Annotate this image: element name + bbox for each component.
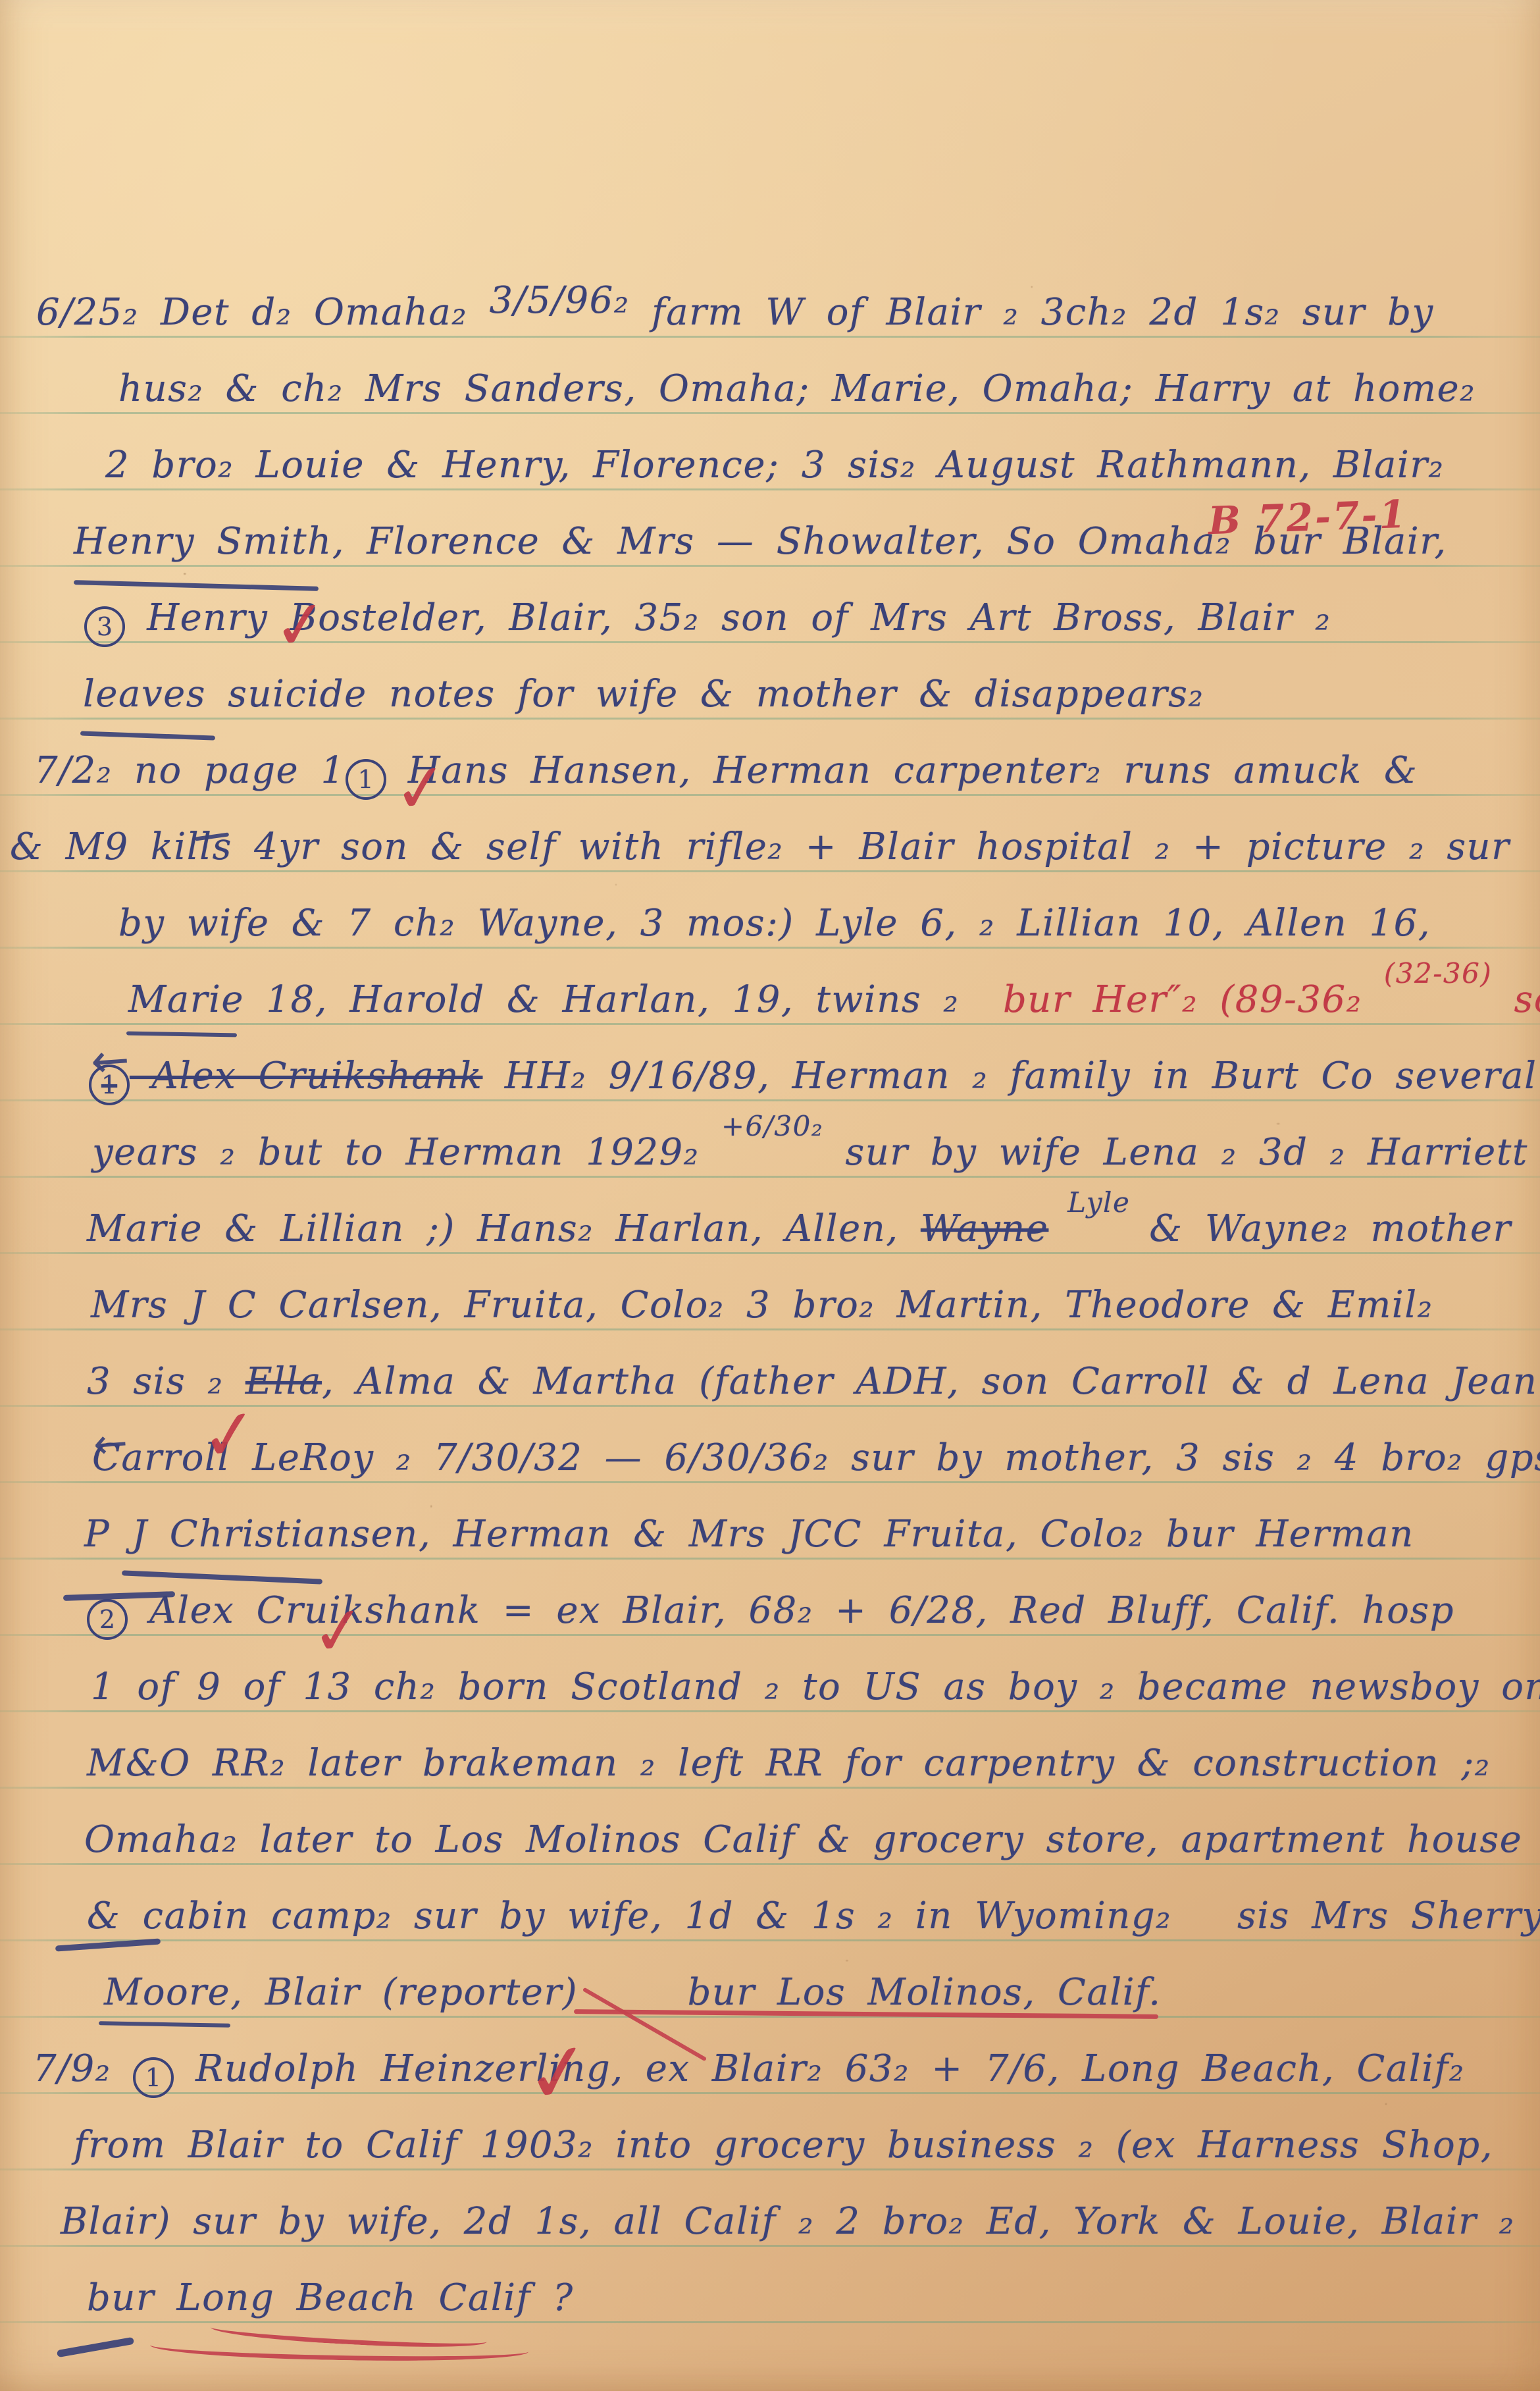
handwritten-line-25: from Blair to Calif 1903₂ into grocery b… [74,2125,1493,2166]
ruled-line [0,1939,1540,1941]
ruled-line [0,1176,1540,1178]
blue-underline-moore [99,2021,230,2027]
text-segment: from Blair to Calif 1903₂ into grocery b… [74,2124,1493,2167]
text-segment: bur Long Beach Calif ? [87,2276,574,2319]
handwritten-line-6: leaves suicide notes for wife & mother &… [83,674,1204,715]
text-segment: 2 bro₂ Louie & Henry, Florence; 3 sis₂ A… [105,444,1444,486]
ruled-line [0,1481,1540,1483]
ruled-line [0,412,1540,414]
notebook-page: 6/25₂ Det d₂ Omaha₂ 3/5/96₂ farm W of Bl… [0,0,1540,2391]
text-segment: Marie 18, Harold & Harlan, 19, twins ₂ [128,978,1003,1021]
ruled-line [0,1252,1540,1254]
text-segment: Moore, Blair (reporter) bur Los Molinos,… [104,1971,1162,2014]
handwritten-line-13: Marie & Lillian ;) Hans₂ Harlan, Allen, … [87,1209,1512,1249]
text-segment: , Alma & Martha (father ADH, son Carroll… [322,1360,1540,1403]
text-segment: P J Christiansen, Herman & Mrs JCC Fruit… [84,1513,1414,1556]
blue-underline-pj [122,1570,322,1584]
handwritten-line-23: Moore, Blair (reporter) bur Los Molinos,… [104,1972,1162,2013]
red-check-cruikshank: ✓ [308,1596,370,1667]
text-segment: Ella [245,1360,322,1403]
handwritten-line-16: Carroll LeRoy ₂ 7/30/32 — 6/30/36₂ sur b… [92,1438,1540,1479]
text-segment: Mrs J C Carlsen, Fruita, Colo₂ 3 bro₂ Ma… [91,1284,1433,1327]
handwritten-line-20: M&O RR₂ later brakeman ₂ left RR for car… [87,1743,1491,1784]
text-segment: & Wayne₂ mother [1149,1207,1512,1250]
handwritten-line-7: 7/2₂ no page 11 Hans Hansen, Herman carp… [34,750,1418,800]
handwritten-line-15: 3 sis ₂ Ella, Alma & Martha (father ADH,… [87,1361,1540,1402]
text-segment: sur by wife Lena ₂ 3d ₂ Harriett Frahm, [823,1131,1540,1174]
handwritten-line-8: & M9 kills 4yr son & self with rifle₂ + … [10,827,1510,868]
text-segment: 6/25₂ Det d₂ Omaha₂ [36,291,490,334]
text-segment-red-ink: bur Her″₂ (89-36₂ [1003,978,1384,1021]
ruled-line [0,1710,1540,1712]
text-segment: Wayne [921,1207,1048,1250]
ruled-line [0,1863,1540,1865]
handwritten-line-12: years ₂ but to Herman 1929₂ +6/30₂ sur b… [92,1132,1540,1173]
handwritten-line-24: 7/9₂ 1 Rudolph Heinzerling, ex Blair₂ 63… [33,2049,1465,2098]
text-segment: farm W of Blair ₂ 3ch₂ 2d 1s₂ sur by [630,291,1434,334]
blue-dash-bottom [57,2337,134,2357]
blue-arrow-alex: ← [90,1036,131,1085]
ruled-line [0,1558,1540,1560]
text-segment: HH₂ 9/16/89, Herman ₂ family in Burt Co … [482,1055,1537,1097]
handwritten-line-11: 1 Alex Cruikshank HH₂ 9/16/89, Herman ₂ … [89,1056,1537,1105]
ruled-line [0,2016,1540,2018]
text-segment: 1 of 9 of 13 ch₂ born Scotland ₂ to US a… [91,1666,1540,1708]
ruled-line [0,565,1540,567]
handwritten-line-26: Blair) sur by wife, 2d 1s, all Calif ₂ 2… [61,2201,1515,2242]
text-segment: Omaha₂ later to Los Molinos Calif & groc… [84,1818,1522,1861]
handwritten-line-1: 6/25₂ Det d₂ Omaha₂ 3/5/96₂ farm W of Bl… [36,292,1434,333]
handwritten-line-19: 1 of 9 of 13 ch₂ born Scotland ₂ to US a… [91,1667,1540,1708]
ruled-line [0,870,1540,872]
red-label-b72: B 72-7-1 [1208,492,1408,544]
text-segment: 3/5/96₂ [490,280,630,321]
ruled-line [0,1023,1540,1025]
text-segment: 7/9₂ [33,2047,133,2090]
text-segment: Alex Cruikshank [130,1055,482,1097]
ruled-line [0,2168,1540,2170]
red-check-hansen: ✓ [390,753,452,824]
text-segment: hus₂ & ch₂ Mrs Sanders, Omaha; Marie, Om… [118,367,1476,410]
ruled-line [0,718,1540,720]
ruled-line [0,1787,1540,1789]
text-segment: Hans Hansen, Herman carpenter₂ runs amuc… [386,749,1418,792]
handwritten-line-21: Omaha₂ later to Los Molinos Calif & groc… [84,1820,1522,1860]
handwritten-line-9: by wife & 7 ch₂ Wayne, 3 mos:) Lyle 6, ₂… [118,903,1431,944]
text-segment: 1 [133,2057,174,2098]
blue-underline-leaves [80,731,215,740]
text-segment: 2 [87,1599,128,1640]
handwritten-line-22: & cabin camp₂ sur by wife, 1d & 1s ₂ in … [87,1896,1540,1937]
handwritten-line-10: Marie 18, Harold & Harlan, 19, twins ₂ b… [128,980,1540,1020]
ruled-line [0,488,1540,490]
text-segment: & M9 kills 4yr son & self with rifle₂ + … [10,826,1510,868]
text-segment: Carroll LeRoy ₂ 7/30/32 — 6/30/36₂ sur b… [92,1436,1540,1479]
handwritten-line-3: 2 bro₂ Louie & Henry, Florence; 3 sis₂ A… [105,445,1444,486]
red-check-heinzerling: ✓ [520,2028,598,2117]
handwritten-line-27: bur Long Beach Calif ? [87,2278,574,2319]
text-segment: & cabin camp₂ sur by wife, 1d & 1s ₂ in … [87,1895,1540,1937]
handwritten-line-2: hus₂ & ch₂ Mrs Sanders, Omaha; Marie, Om… [118,369,1476,409]
ruled-line [0,336,1540,338]
ruled-line [0,2245,1540,2247]
text-segment: Rudolph Heinzerling, ex Blair₂ 63₂ + 7/6… [174,2047,1465,2090]
text-segment: M&O RR₂ later brakeman ₂ left RR for car… [87,1742,1491,1785]
red-check-bostelder: ✓ [270,590,332,661]
text-segment: years ₂ but to Herman 1929₂ [92,1131,721,1174]
text-segment: leaves suicide notes for wife & mother &… [83,673,1204,716]
ruled-line [0,947,1540,949]
text-segment: 3 [84,606,125,647]
red-check-carroll: ✓ [197,1398,262,1473]
text-segment: Marie & Lillian ;) Hans₂ Harlan, Allen, [87,1207,921,1250]
ruled-line [0,1328,1540,1330]
text-segment: +6/30₂ [721,1113,823,1140]
text-segment: by wife & 7 ch₂ Wayne, 3 mos:) Lyle 6, ₂… [118,902,1431,945]
handwritten-line-18: 2 Alex Cruikshank = ex Blair, 68₂ + 6/28… [87,1590,1454,1640]
text-segment: 1 [346,759,386,800]
handwritten-line-14: Mrs J C Carlsen, Fruita, Colo₂ 3 bro₂ Ma… [91,1285,1433,1326]
text-segment: Lyle [1048,1189,1149,1217]
blue-underline-marie [126,1032,237,1038]
text-segment-red-ink: (32-36) [1384,960,1492,987]
blue-arrow-carroll: ← [92,1422,129,1465]
text-segment: 7/2₂ no page 1 [34,749,346,792]
text-segment: Blair) sur by wife, 2d 1s, all Calif ₂ 2… [61,2200,1515,2243]
text-segment-red-ink: son Carroll, [1492,978,1540,1021]
blue-underline-henry-smith [74,580,319,591]
handwritten-line-17: P J Christiansen, Herman & Mrs JCC Fruit… [84,1514,1414,1555]
paper-texture [0,0,1540,2391]
